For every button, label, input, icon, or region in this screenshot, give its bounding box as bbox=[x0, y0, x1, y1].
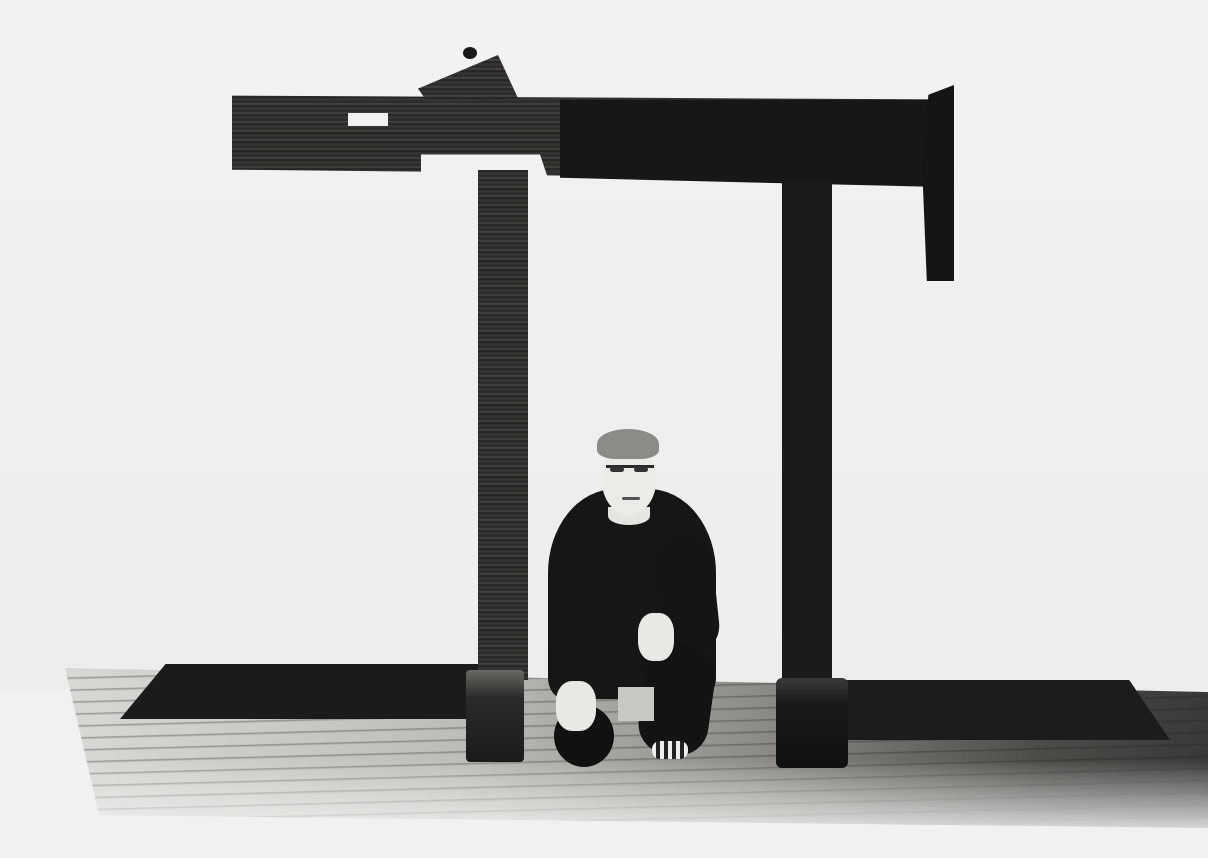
left-hand bbox=[556, 681, 596, 731]
right-eye bbox=[634, 467, 648, 472]
crouching-man bbox=[540, 425, 730, 770]
crossbeam-mortise bbox=[348, 113, 388, 126]
crossbeam-end-piece bbox=[922, 85, 954, 281]
floor-shadow-right bbox=[830, 680, 1170, 740]
right-post bbox=[782, 182, 832, 682]
wedge-peg bbox=[463, 47, 477, 59]
left-foot-block bbox=[466, 670, 524, 762]
hair bbox=[597, 429, 659, 459]
left-eye bbox=[610, 467, 624, 472]
sneaker bbox=[652, 741, 688, 759]
right-foot-block bbox=[776, 678, 848, 768]
right-hand bbox=[638, 613, 674, 661]
mouth bbox=[622, 497, 640, 500]
floor-shadow-left bbox=[120, 664, 500, 719]
photograph: Older man with glasses and dark sweater … bbox=[0, 0, 1208, 858]
crossbeam-shadowed-section bbox=[560, 95, 940, 187]
floor-fade bbox=[0, 760, 1208, 858]
sock bbox=[618, 687, 654, 721]
left-post bbox=[478, 170, 528, 680]
